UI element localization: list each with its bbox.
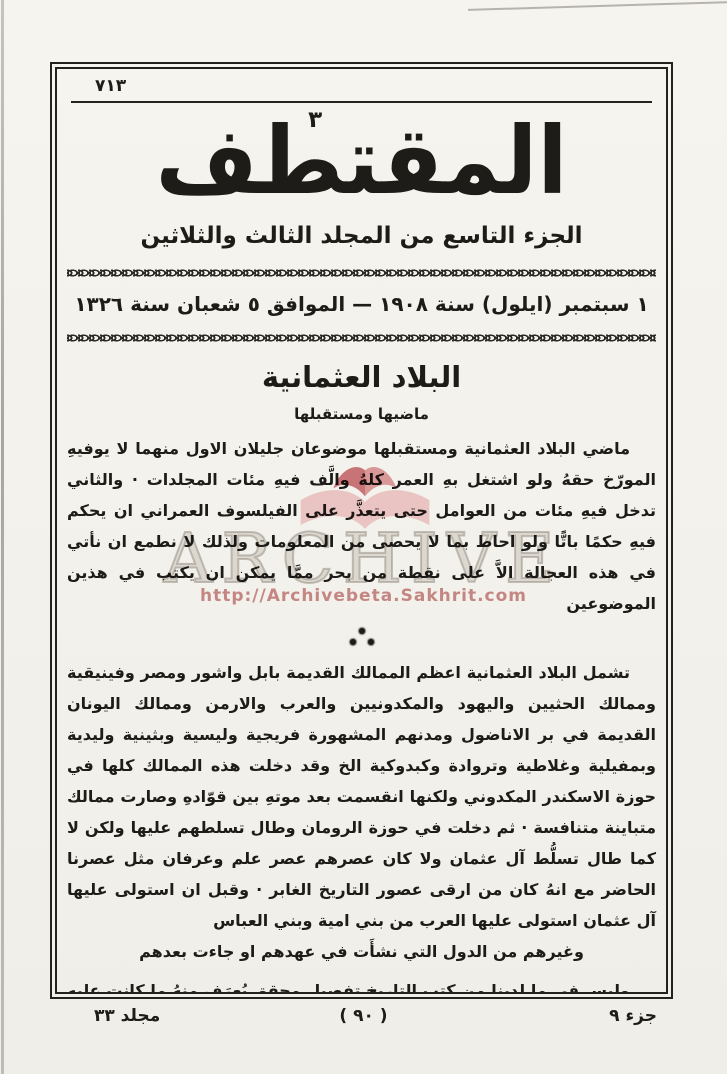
footer-volume-label: مجلد ٣٣ — [94, 1006, 160, 1026]
scan-edge-artifact — [1, 0, 4, 1074]
paragraph-2-last-line: وغيرهم من الدول التي نشأَت في عهدهم او ج… — [67, 936, 656, 967]
article-title: البلاد العثمانية — [65, 356, 658, 398]
page-frame-inner: ٧١٣ ٣ المقتطف الجزء التاسع من المجلد الث… — [55, 67, 668, 994]
masthead: ٣ المقتطف — [65, 105, 658, 217]
issue-line: الجزء التاسع من المجلد الثالث والثلاثين — [65, 223, 658, 249]
paragraph-3: وليس في ما لدينا من كتب التاريخ تفصيل مح… — [67, 975, 656, 994]
asterism-dot — [350, 639, 356, 645]
page-frame: ٧١٣ ٣ المقتطف الجزء التاسع من المجلد الث… — [50, 62, 673, 999]
scan-diagonal-artifact — [468, 1, 727, 11]
paragraph-1: ماضي البلاد العثمانية ومستقبلها موضوعان … — [67, 433, 656, 619]
asterism-divider — [345, 627, 379, 649]
magazine-title: المقتطف — [156, 102, 568, 221]
scanned-journal-page: { "scan": { "paper_color": "#f3f1eb", "i… — [0, 0, 727, 1074]
article-subtitle: ماضيها ومستقبلها — [65, 403, 658, 425]
asterism-dot — [359, 628, 365, 634]
date-line: ١ سبتمبر (ايلول) سنة ١٩٠٨ — الموافق ٥ شع… — [65, 290, 658, 318]
paragraph-2: تشمل البلاد العثمانية اعظم الممالك القدي… — [67, 657, 656, 936]
chain-divider-top — [67, 268, 656, 278]
asterism-dot — [368, 639, 374, 645]
chain-divider-bottom — [67, 333, 656, 343]
page-number: ٧١٣ — [65, 76, 658, 96]
